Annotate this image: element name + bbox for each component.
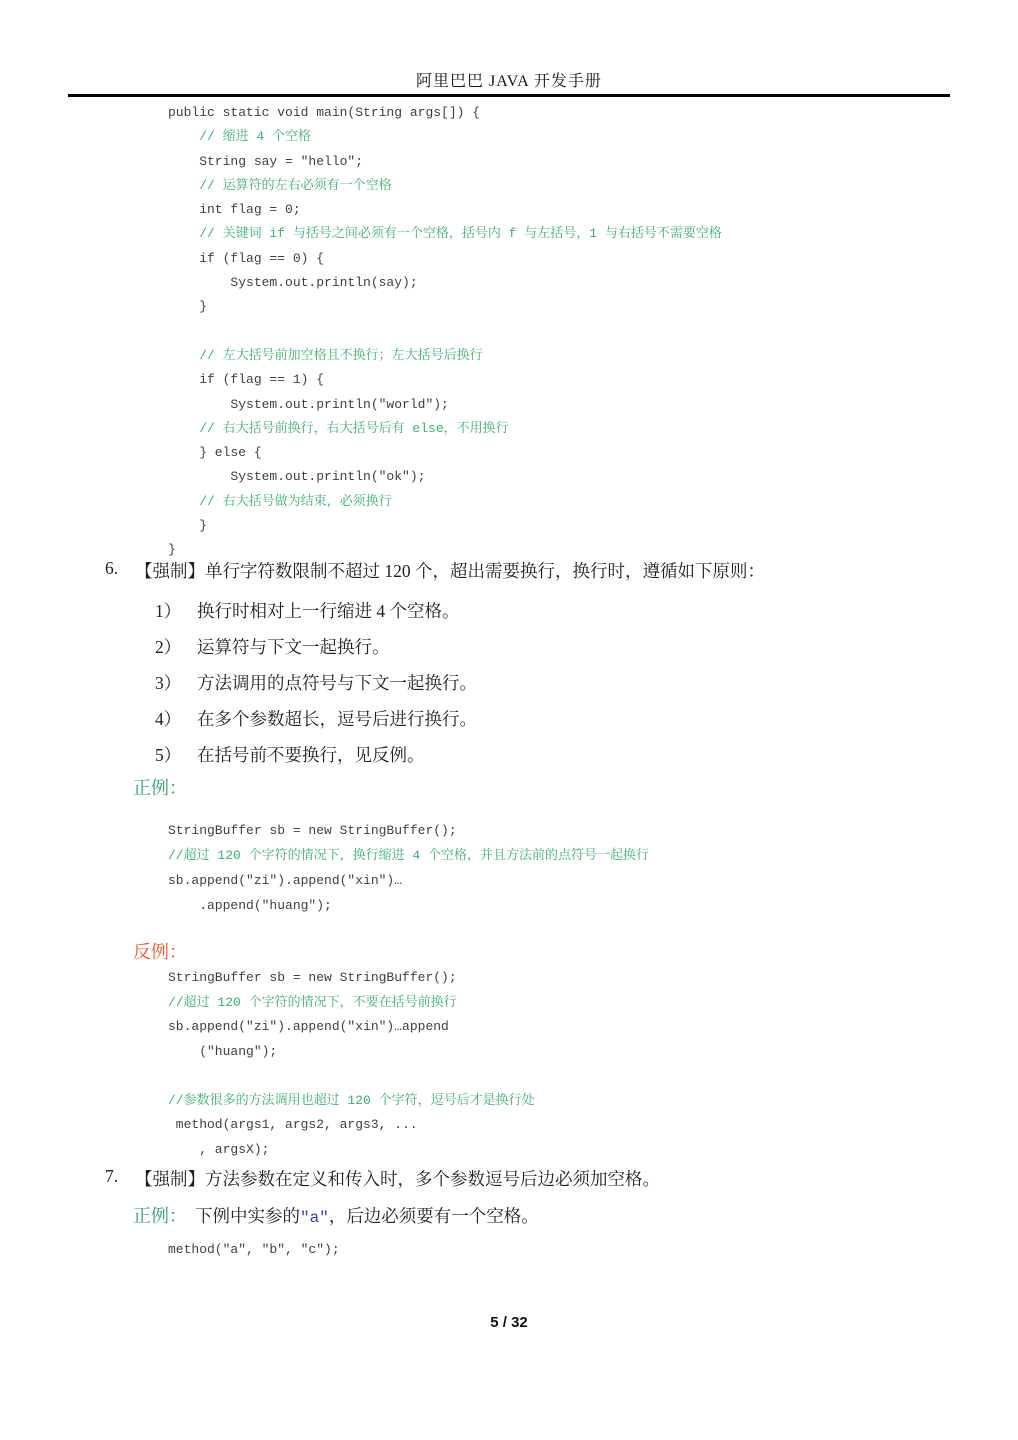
code-line: sb.append(″zi″).append(″xin″)… (168, 868, 649, 893)
list-item: 5）在括号前不要换行，见反例。 (155, 736, 477, 772)
code-line: System.out.println(say); (168, 271, 722, 295)
code-comment-line: // 运算符的左右必须有一个空格 (168, 174, 722, 198)
code-comment-line: // 左大括号前加空格且不换行；左大括号后换行 (168, 344, 722, 368)
code-comment-line: // 右大括号前换行，右大括号后有 else，不用换行 (168, 417, 722, 441)
list-item: 1）换行时相对上一行缩进 4 个空格。 (155, 592, 477, 628)
code-comment-line: //超过 120 个字符的情况下，不要在括号前换行 (168, 991, 535, 1016)
list-item: 3）方法调用的点符号与下文一起换行。 (155, 664, 477, 700)
page-header-title: 阿里巴巴 JAVA 开发手册 (0, 68, 1018, 91)
rule-7-example-label: 正例： (133, 1206, 187, 1226)
list-item-text: 在多个参数超长，逗号后进行换行。 (197, 706, 477, 731)
code-line (168, 1064, 535, 1089)
list-item-number: 3） (155, 670, 197, 695)
code-line: } else { (168, 441, 722, 465)
header-divider-rule (68, 94, 950, 97)
positive-example-code-block: StringBuffer sb = new StringBuffer();//超… (168, 818, 649, 918)
negative-example-label: 反例： (133, 938, 187, 964)
code-line (168, 320, 722, 344)
list-item: 2）运算符与下文一起换行。 (155, 628, 477, 664)
code-comment-line: // 缩进 4 个空格 (168, 125, 722, 149)
list-item: 4）在多个参数超长，逗号后进行换行。 (155, 700, 477, 736)
rule-7-example-highlight: ″a″ (300, 1209, 329, 1227)
code-line: if (flag == 1) { (168, 368, 722, 392)
list-item-number: 2） (155, 634, 197, 659)
list-item-number: 1） (155, 598, 197, 623)
code-comment-line: //超过 120 个字符的情况下，换行缩进 4 个空格，并且方法前的点符号一起换… (168, 843, 649, 868)
rule-7-title: 【强制】方法参数在定义和传入时，多个参数逗号后边必须加空格。 (135, 1166, 965, 1191)
list-item-text: 方法调用的点符号与下文一起换行。 (197, 670, 477, 695)
rule-7-example-sentence: 正例：下例中实参的″a″，后边必须要有一个空格。 (133, 1202, 539, 1228)
code-line: public static void main(String args[]) { (168, 101, 722, 125)
code-line: , argsX); (168, 1138, 535, 1163)
rule-7-number: 7. (105, 1166, 135, 1187)
code-line: StringBuffer sb = new StringBuffer(); (168, 966, 535, 991)
list-item-number: 4） (155, 706, 197, 731)
code-comment-line: // 关键词 if 与括号之间必须有一个空格，括号内 f 与左括号，1 与右括号… (168, 222, 722, 246)
list-item-text: 运算符与下文一起换行。 (197, 634, 390, 659)
positive-example-label: 正例： (133, 774, 187, 800)
code-comment-line: // 右大括号做为结束，必须换行 (168, 490, 722, 514)
code-line: System.out.println(″ok″); (168, 465, 722, 489)
code-comment-line: //参数很多的方法调用也超过 120 个字符，逗号后才是换行处 (168, 1089, 535, 1114)
negative-example-code-block: StringBuffer sb = new StringBuffer();//超… (168, 966, 535, 1162)
code-line: method(args1, args2, args3, ... (168, 1113, 535, 1138)
code-line: .append(″huang″); (168, 893, 649, 918)
code-line: String say = ″hello″; (168, 150, 722, 174)
rule-7-item: 7. 【强制】方法参数在定义和传入时，多个参数逗号后边必须加空格。 (105, 1166, 965, 1191)
code-line: int flag = 0; (168, 198, 722, 222)
code-line: if (flag == 0) { (168, 247, 722, 271)
code-line: } (168, 295, 722, 319)
code-block-main-example: public static void main(String args[]) {… (168, 101, 722, 563)
rule-6-number: 6. (105, 558, 135, 579)
page-number: 5 / 32 (0, 1314, 1018, 1331)
list-item-text: 在括号前不要换行，见反例。 (197, 742, 425, 767)
code-line: } (168, 514, 722, 538)
rule-7-example-text-after: ，后边必须要有一个空格。 (329, 1206, 539, 1226)
rule-6-principles-list: 1）换行时相对上一行缩进 4 个空格。2）运算符与下文一起换行。3）方法调用的点… (155, 592, 477, 772)
code-line: sb.append(″zi″).append(″xin″)…append (168, 1015, 535, 1040)
code-line: (″huang″); (168, 1040, 535, 1065)
rule-7-example-code-block: method(″a″, ″b″, ″c″); (168, 1238, 340, 1262)
code-line: method(″a″, ″b″, ″c″); (168, 1238, 340, 1262)
rule-6-title: 【强制】单行字符数限制不超过 120 个，超出需要换行，换行时，遵循如下原则： (135, 558, 965, 583)
document-page: 阿里巴巴 JAVA 开发手册 public static void main(S… (0, 0, 1018, 1440)
code-line: System.out.println(″world″); (168, 393, 722, 417)
rule-6-item: 6. 【强制】单行字符数限制不超过 120 个，超出需要换行，换行时，遵循如下原… (105, 558, 965, 583)
list-item-number: 5） (155, 742, 197, 767)
code-line: StringBuffer sb = new StringBuffer(); (168, 818, 649, 843)
list-item-text: 换行时相对上一行缩进 4 个空格。 (197, 598, 460, 623)
rule-7-example-text-before: 下例中实参的 (195, 1206, 300, 1226)
